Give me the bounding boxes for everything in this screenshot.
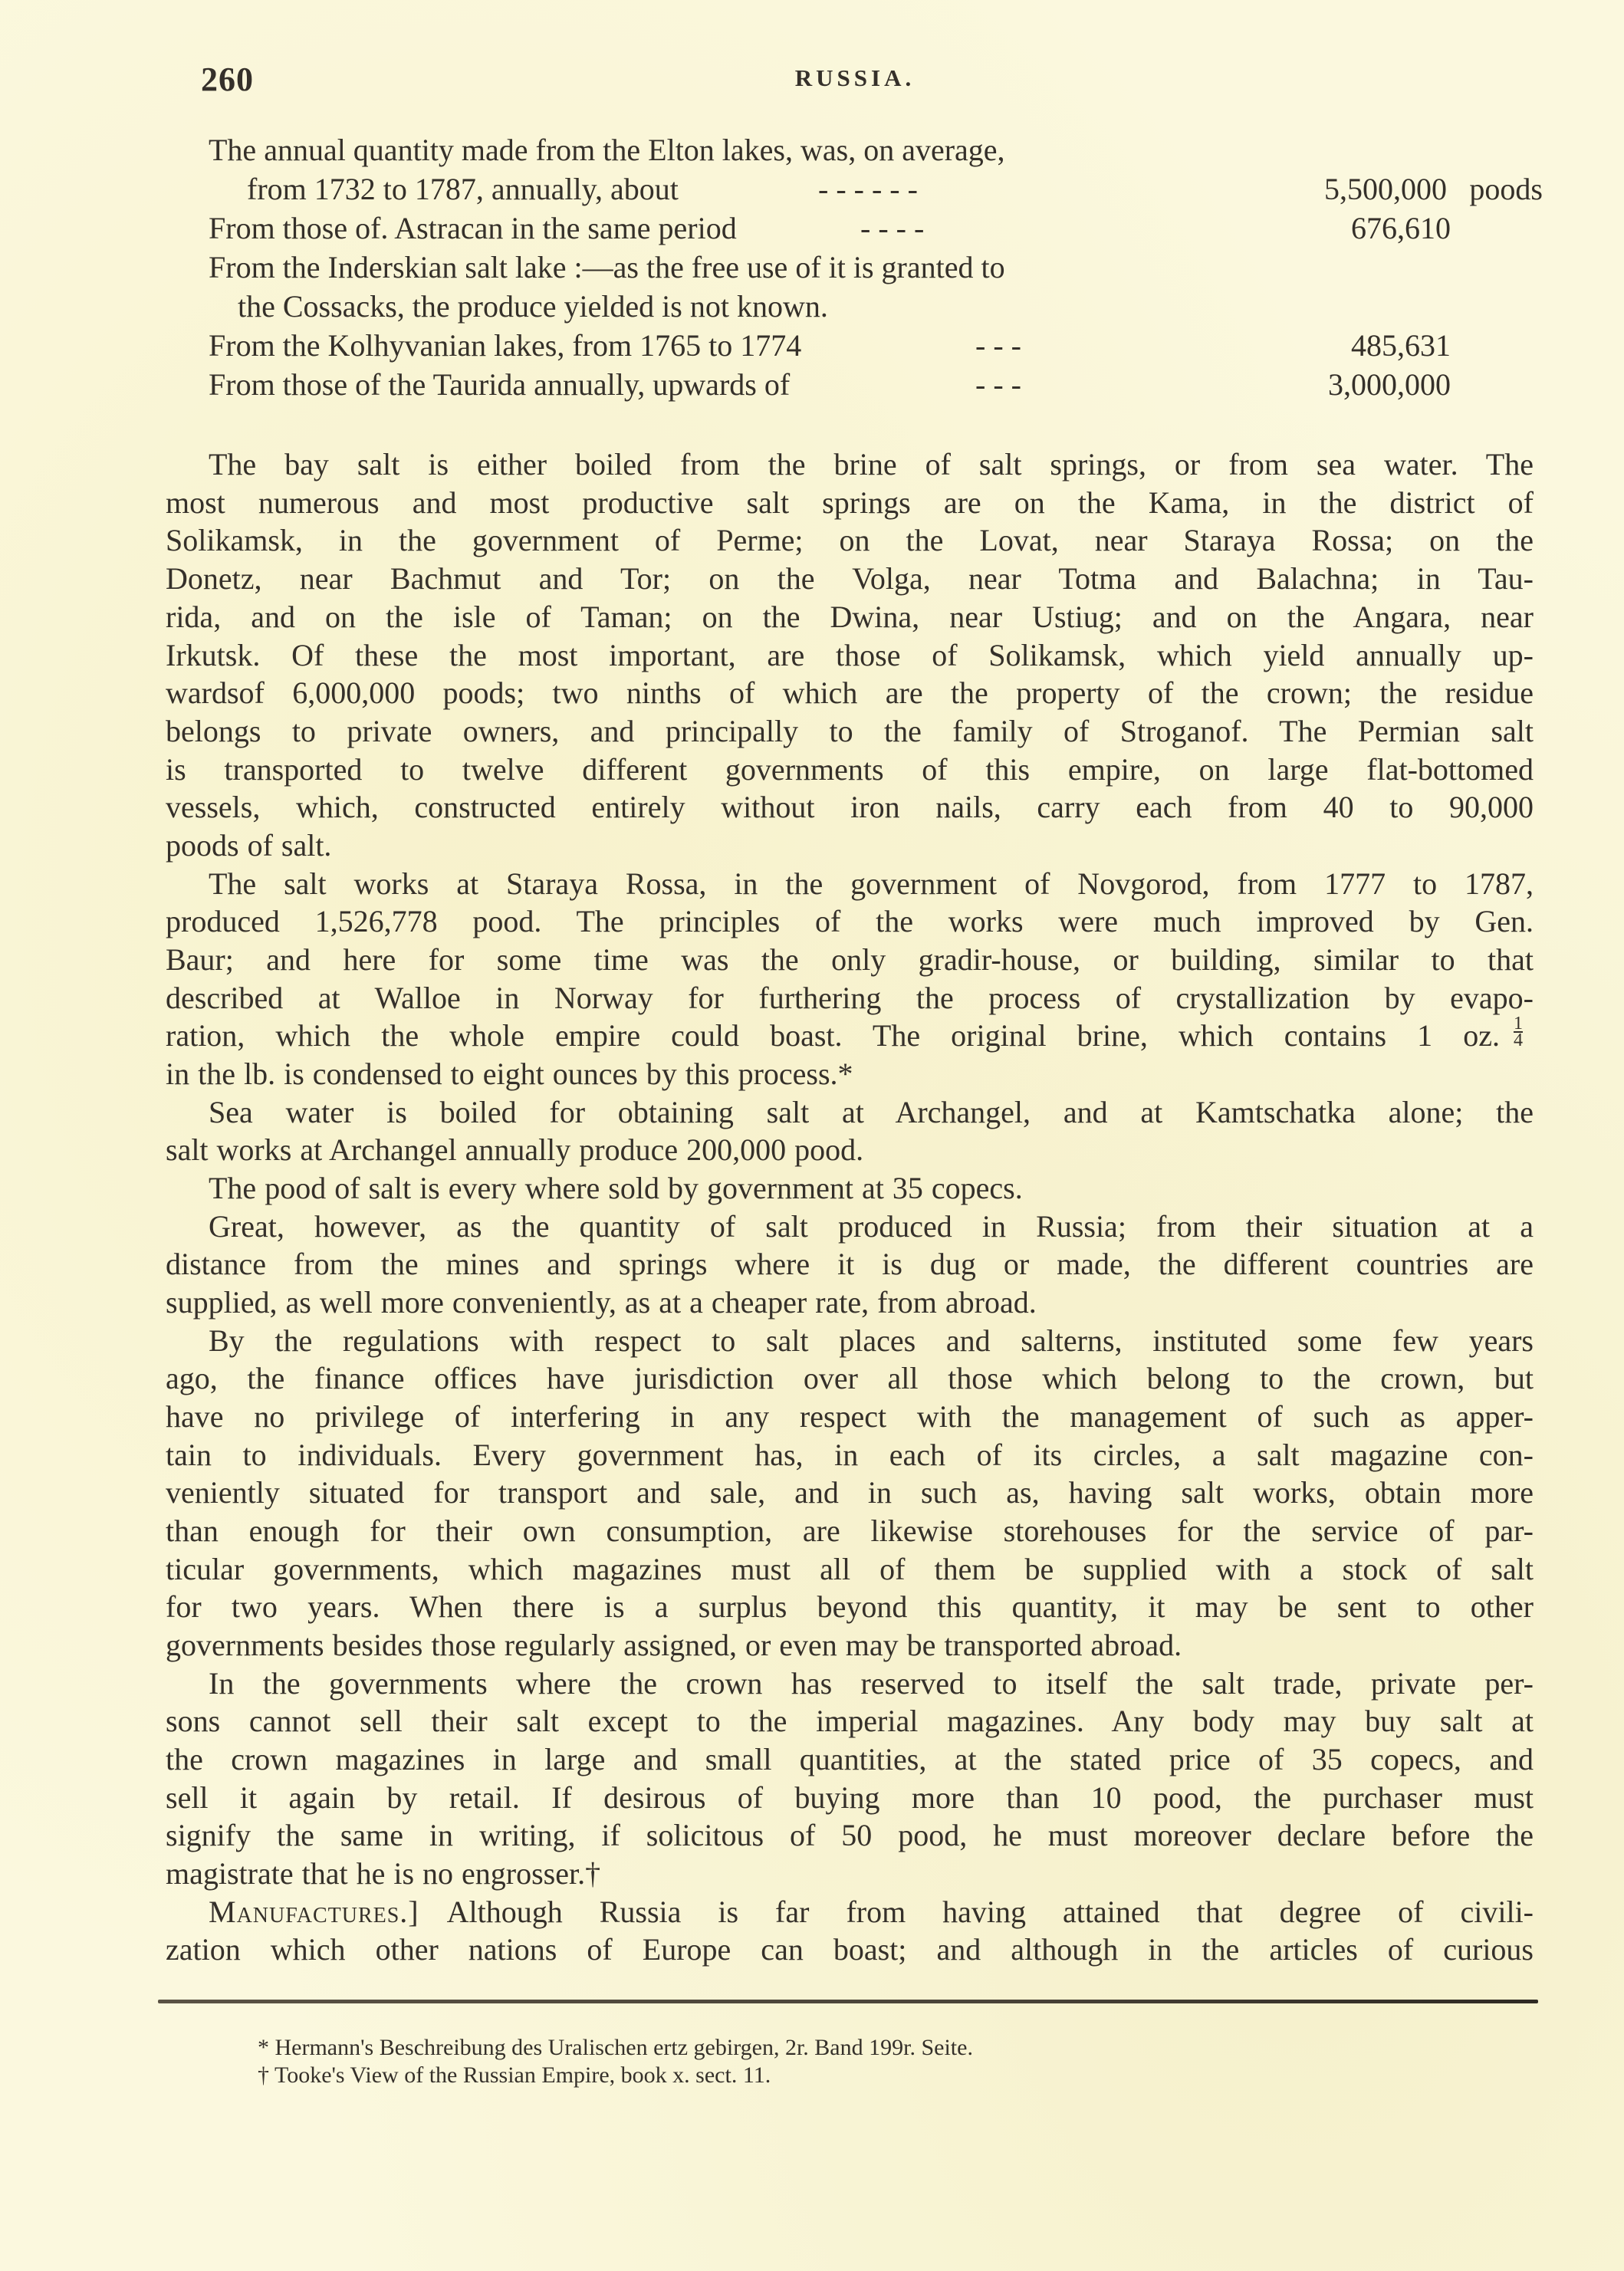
- text-line: The salt works at Staraya Rossa, in the …: [209, 866, 1534, 902]
- footnote: * Hermann's Beschreibung des Uralischen …: [258, 2035, 973, 2061]
- text-line: poods of salt.: [166, 827, 1534, 864]
- row-label: From the Kolhyvanian lakes, from 1765 to…: [209, 327, 801, 364]
- row-label: From those of the Taurida annually, upwa…: [209, 366, 790, 403]
- text-line: Solikamsk, in the government of Perme; o…: [166, 522, 1534, 559]
- text-line: distance from the mines and springs wher…: [166, 1246, 1534, 1283]
- leader-dashes: - - - -: [860, 210, 924, 247]
- text-line: salt works at Archangel annually produce…: [166, 1132, 1534, 1168]
- table-row: From the Kolhyvanian lakes, from 1765 to…: [209, 327, 1543, 364]
- text-line: in the lb. is condensed to eight ounces …: [166, 1056, 1534, 1093]
- text-line-content: ration, which the whole empire could boa…: [166, 1018, 1500, 1053]
- row-unit: poods: [1451, 171, 1543, 208]
- row-value: 485,631: [1351, 327, 1451, 364]
- table-row: The annual quantity made from the Elton …: [209, 132, 1543, 169]
- text-line: Donetz, near Bachmut and Tor; on the Vol…: [166, 560, 1534, 597]
- section-line-manufactures: Manufactures.] Although Russia is far fr…: [209, 1894, 1534, 1931]
- text-line: Great, however, as the quantity of salt …: [209, 1208, 1534, 1245]
- row-value: 5,500,000: [1324, 171, 1447, 208]
- footnote-rule: [158, 2000, 1538, 2003]
- leader-dashes: - - -: [975, 327, 1021, 364]
- text-line: sons cannot sell their salt except to th…: [166, 1703, 1534, 1740]
- text-line: wardsof 6,000,000 poods; two ninths of w…: [166, 675, 1534, 712]
- text-line: zation which other nations of Europe can…: [166, 1931, 1534, 1968]
- table-row: From the Inderskian salt lake :—as the f…: [209, 249, 1543, 286]
- text-line-content: Although Russia is far from having attai…: [447, 1894, 1534, 1931]
- row-value: 3,000,000: [1328, 366, 1451, 403]
- text-line: The bay salt is either boiled from the b…: [209, 446, 1534, 483]
- fraction-one-quarter: 1 4: [1514, 1016, 1523, 1048]
- row-label: the Cossacks, the produce yielded is not…: [238, 288, 828, 325]
- text-line: tain to individuals. Every government ha…: [166, 1437, 1534, 1474]
- text-line: produced 1,526,778 pood. The principles …: [166, 903, 1534, 940]
- text-line: belongs to private owners, and principal…: [166, 713, 1534, 750]
- text-line: sell it again by retail. If desirous of …: [166, 1780, 1534, 1816]
- row-label: from 1732 to 1787, annually, about: [247, 171, 679, 208]
- text-line: governments besides those regularly assi…: [166, 1627, 1534, 1664]
- text-line: veniently situated for transport and sal…: [166, 1474, 1534, 1511]
- table-row: From those of the Taurida annually, upwa…: [209, 366, 1543, 403]
- leader-dashes: - - - - - -: [818, 171, 918, 208]
- text-line: described at Walloe in Norway for furthe…: [166, 980, 1534, 1017]
- text-line: rida, and on the isle of Taman; on the D…: [166, 599, 1534, 636]
- text-line: ago, the finance offices have jurisdicti…: [166, 1360, 1534, 1397]
- row-label: The annual quantity made from the Elton …: [209, 132, 1005, 169]
- text-line: than enough for their own consumption, a…: [166, 1513, 1534, 1550]
- running-head: RUSSIA.: [0, 64, 1624, 92]
- row-label: From the Inderskian salt lake :—as the f…: [209, 249, 1005, 286]
- text-line: is transported to twelve different gover…: [166, 751, 1534, 788]
- table-row: From those of. Astracan in the same peri…: [209, 210, 1543, 247]
- text-line: The pood of salt is every where sold by …: [209, 1170, 1534, 1207]
- section-heading: Manufactures.]: [209, 1894, 419, 1931]
- text-line: most numerous and most productive salt s…: [166, 485, 1534, 521]
- text-line: for two years. When there is a surplus b…: [166, 1589, 1534, 1625]
- table-row: the Cossacks, the produce yielded is not…: [238, 288, 1572, 325]
- text-line: have no privilege of interfering in any …: [166, 1398, 1534, 1435]
- text-line: vessels, which, constructed entirely wit…: [166, 789, 1534, 826]
- text-line: ration, which the whole empire could boa…: [166, 1017, 1500, 1054]
- text-line: ticular governments, which magazines mus…: [166, 1551, 1534, 1588]
- text-line: supplied, as well more conveniently, as …: [166, 1284, 1534, 1321]
- footnote: † Tooke's View of the Russian Empire, bo…: [258, 2062, 771, 2089]
- table-row: from 1732 to 1787, annually, about - - -…: [247, 171, 1543, 208]
- text-line: signify the same in writing, if solicito…: [166, 1817, 1534, 1854]
- text-line: By the regulations with respect to salt …: [209, 1323, 1534, 1359]
- row-label: From those of. Astracan in the same peri…: [209, 210, 737, 247]
- text-line: magistrate that he is no engrosser.†: [166, 1855, 1534, 1892]
- text-line: Irkutsk. Of these the most important, ar…: [166, 637, 1534, 674]
- text-line: the crown magazines in large and small q…: [166, 1741, 1534, 1778]
- leader-dashes: - - -: [975, 366, 1021, 403]
- row-value: 676,610: [1351, 210, 1451, 247]
- text-line: Sea water is boiled for obtaining salt a…: [209, 1094, 1534, 1131]
- text-line: In the governments where the crown has r…: [209, 1665, 1534, 1702]
- text-line: Baur; and here for some time was the onl…: [166, 942, 1534, 978]
